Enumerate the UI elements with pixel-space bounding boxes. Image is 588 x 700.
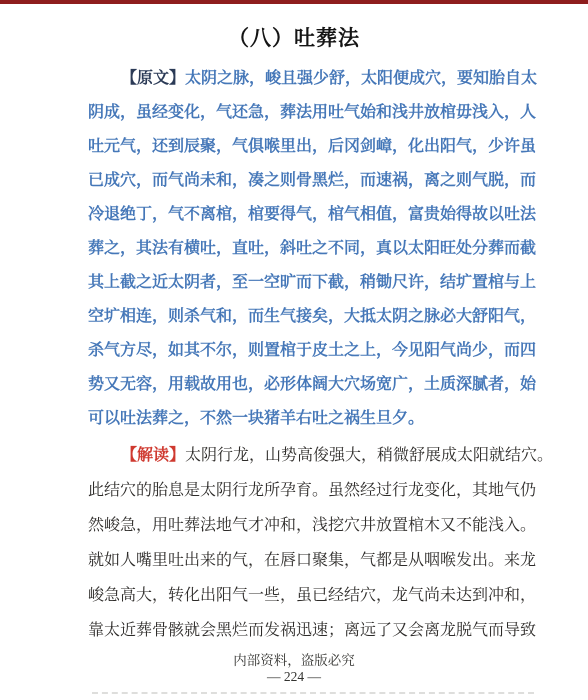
page-footer: 内部资料，盗版必究 — 224 — [0, 652, 588, 685]
original-line: 已成穴，而气尚未和，凑之则骨黑烂，而速祸，离之则气脱，而 [88, 164, 532, 198]
interpretation-line: 峻急高大，转化出阳气一些，虽已经结穴，龙气尚未达到冲和， [88, 578, 532, 613]
original-line: 吐元气，还到辰聚，气俱喉里出，后冈剑嶂，化出阳气，少许虽 [88, 130, 532, 164]
interpretation-line: 靠太近葬骨骸就会黑烂而发祸迅速；离远了又会离龙脱气而导致 [88, 613, 532, 648]
interpretation-line: 此结穴的胎息是太阴行龙所孕育。虽然经过行龙变化，其地气仍 [88, 473, 532, 508]
original-line: 冷退绝丁，气不离棺，棺要得气，棺气相值，富贵始得故以吐法 [88, 198, 532, 232]
original-line: 其上截之近太阴者，至一空旷而下截，稍锄尺许，结圹置棺与上 [88, 266, 532, 300]
original-line: 势又无容，用载故用也，必形体阔大穴场宽广，土质深腻者，始 [88, 368, 532, 402]
interpretation-line: 【解读】太阴行龙，山势高俊强大，稍微舒展成太阳就结穴。 [88, 438, 532, 473]
original-line: 葬之，其法有横吐，直吐，斜吐之不同，真以太阳旺处分葬而截 [88, 232, 532, 266]
document-page: （八）吐葬法 【原文】太阴之脉，峻且强少舒，太阳便成穴，要知胎自太 阴成，虽经变… [0, 0, 588, 700]
original-text-section: 【原文】太阴之脉，峻且强少舒，太阳便成穴，要知胎自太 阴成，虽经变化，气还急，葬… [88, 62, 532, 436]
interpretation-line-text: 太阴行龙，山势高俊强大，稍微舒展成太阳就结穴。 [185, 447, 553, 464]
interpretation-line: 就如人嘴里吐出来的气，在唇口聚集，气都是从咽喉发出。来龙 [88, 543, 532, 578]
page-title: （八）吐葬法 [0, 22, 588, 52]
top-red-rule [0, 0, 588, 4]
original-line: 阴成，虽经变化，气还急，葬法用吐气始和浅井放棺毋浅入，人 [88, 96, 532, 130]
page-number: — 224 — [0, 669, 588, 685]
original-line-text: 太阴之脉，峻且强少舒，太阳便成穴，要知胎自太 [185, 70, 537, 87]
original-line: 杀气方尽，如其不尔，则置棺于皮土之上，今见阳气尚少，而四 [88, 334, 532, 368]
original-line: 空圹相连，则杀气和，而生气接矣，大抵太阴之脉必大舒阳气， [88, 300, 532, 334]
original-line: 可以吐法葬之，不然一块猪羊右吐之祸生旦夕。 [88, 402, 532, 436]
interpretation-section: 【解读】太阴行龙，山势高俊强大，稍微舒展成太阳就结穴。 此结穴的胎息是太阴行龙所… [88, 438, 532, 648]
original-label: 【原文】 [121, 70, 185, 87]
original-line: 【原文】太阴之脉，峻且强少舒，太阳便成穴，要知胎自太 [88, 62, 532, 96]
interpretation-line: 然峻急，用吐葬法地气才冲和，浅挖穴井放置棺木又不能浅入。 [88, 508, 532, 543]
interpretation-label: 【解读】 [121, 447, 185, 464]
bottom-scan-artifact [92, 692, 534, 694]
footer-notice: 内部资料，盗版必究 [0, 652, 588, 669]
